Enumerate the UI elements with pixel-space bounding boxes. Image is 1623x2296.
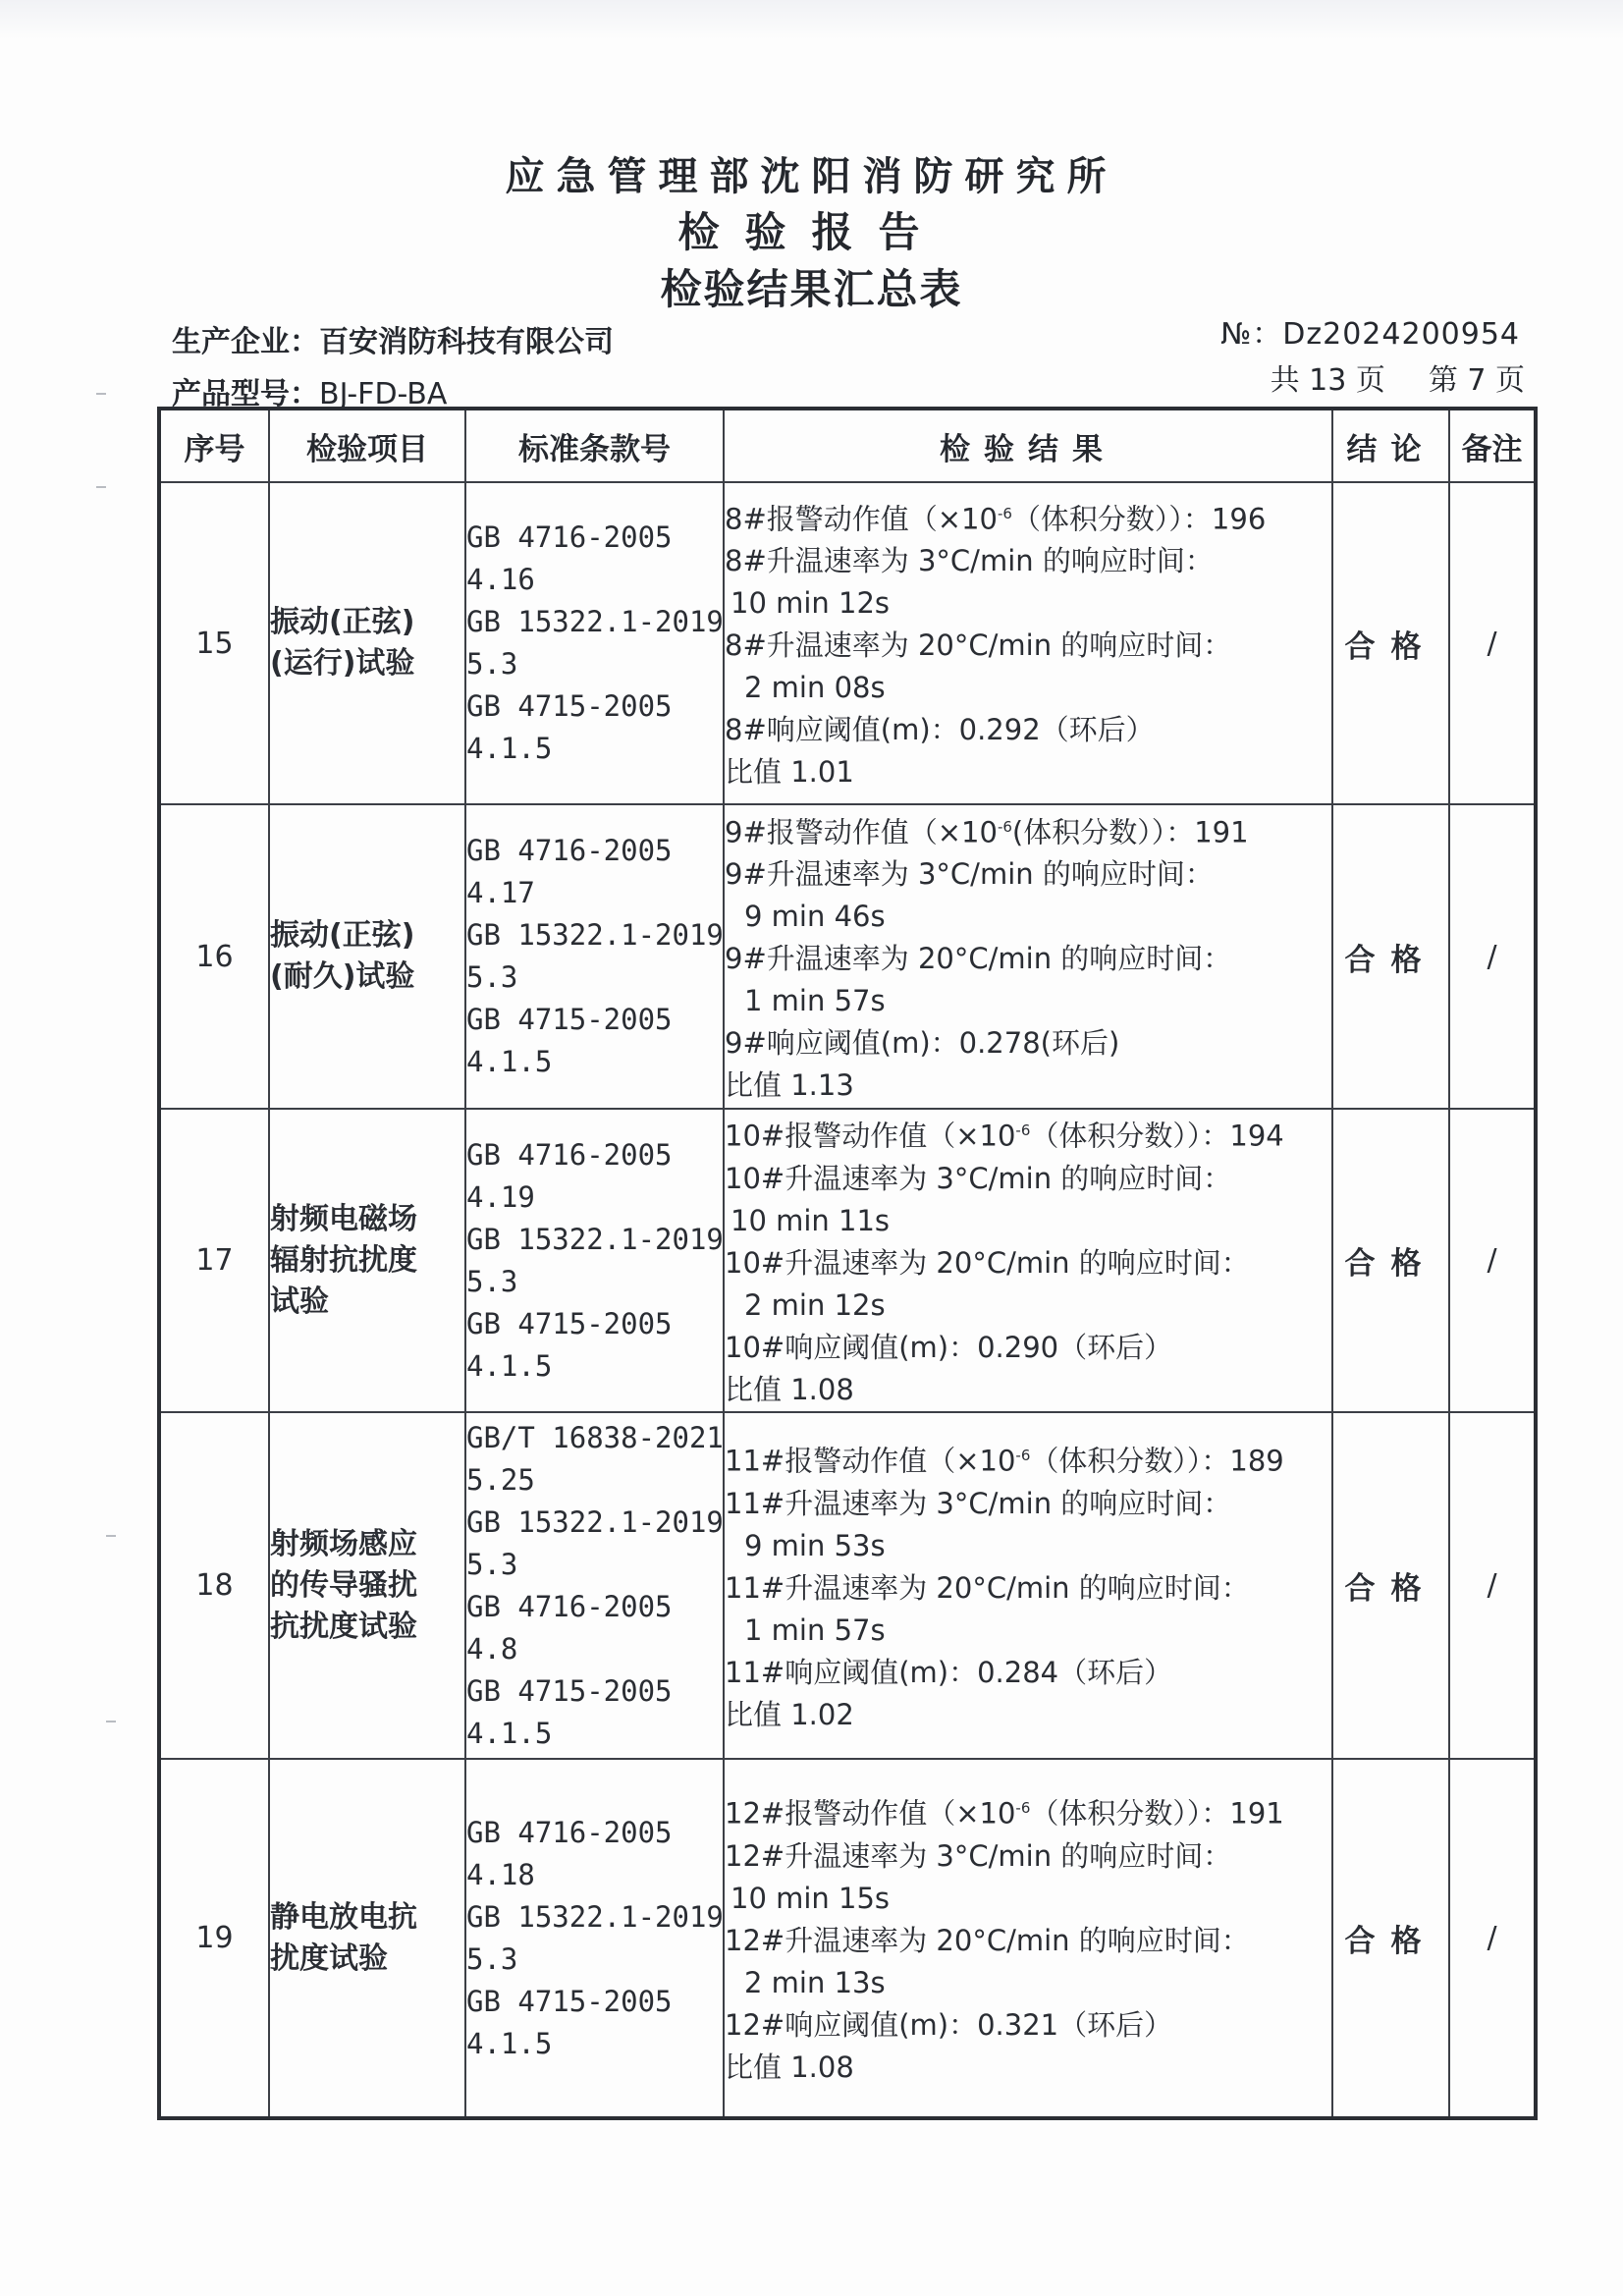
conclusion: 合格 <box>1332 482 1449 804</box>
total-pages: 共 13 页 <box>1271 363 1385 398</box>
results-summary-table: 序号 检验项目 标准条款号 检验结果 结论 备注 15 振动(正弦) (运行)试… <box>157 407 1538 2120</box>
scan-mark <box>106 1535 116 1537</box>
table-row: 16 振动(正弦) (耐久)试验 GB 4716-2005 4.17 GB 15… <box>159 804 1536 1109</box>
threshold-value: 9#响应阈值(m)：0.278(环后) <box>725 1022 1331 1065</box>
alarm-value: 9#报警动作值（×10-6(体积分数））：191 <box>725 806 1331 854</box>
test-results: 9#报警动作值（×10-6(体积分数））：191 9#升温速率为 3°C/min… <box>724 804 1332 1109</box>
ratio-value: 比值 1.02 <box>725 1694 1331 1736</box>
report-no-label: №： <box>1220 317 1282 352</box>
remark: / <box>1449 1759 1536 2118</box>
rate20-label: 10#升温速率为 20°C/min 的响应时间： <box>725 1242 1331 1285</box>
table-row: 19 静电放电抗 扰度试验 GB 4716-2005 4.18 GB 15322… <box>159 1759 1536 2118</box>
rate3-label: 12#升温速率为 3°C/min 的响应时间： <box>725 1835 1331 1878</box>
remark: / <box>1449 1109 1536 1412</box>
scan-mark <box>96 393 106 395</box>
alarm-value: 11#报警动作值（×10-6（体积分数））：189 <box>725 1435 1331 1483</box>
rate20-label: 12#升温速率为 20°C/min 的响应时间： <box>725 1920 1331 1962</box>
table-row: 15 振动(正弦) (运行)试验 GB 4716-2005 4.16 GB 15… <box>159 482 1536 804</box>
column-header-standard: 标准条款号 <box>465 409 724 482</box>
row-number: 18 <box>159 1412 269 1759</box>
rate20-value: 1 min 57s <box>725 980 1331 1022</box>
page-indicator: 共 13 页第 7 页 <box>1267 355 1525 399</box>
rate3-value: 10 min 11s <box>725 1200 1331 1242</box>
scan-edge <box>0 0 1623 39</box>
conclusion: 合格 <box>1332 804 1449 1109</box>
ratio-value: 比值 1.08 <box>725 1369 1331 1411</box>
report-no-value: Dz2024200954 <box>1282 317 1520 352</box>
test-results: 12#报警动作值（×10-6（体积分数））：191 12#升温速率为 3°C/m… <box>724 1759 1332 2118</box>
row-number: 17 <box>159 1109 269 1412</box>
ratio-value: 比值 1.08 <box>725 2047 1331 2089</box>
threshold-value: 8#响应阈值(m)：0.292（环后） <box>725 709 1331 751</box>
threshold-value: 11#响应阈值(m)：0.284（环后） <box>725 1652 1331 1694</box>
rate3-value: 9 min 53s <box>725 1525 1331 1567</box>
test-results: 10#报警动作值（×10-6（体积分数））：194 10#升温速率为 3°C/m… <box>724 1109 1332 1412</box>
table-row: 17 射频电磁场 辐射抗扰度 试验 GB 4716-2005 4.19 GB 1… <box>159 1109 1536 1412</box>
rate20-label: 8#升温速率为 20°C/min 的响应时间： <box>725 625 1331 667</box>
column-header-no: 序号 <box>159 409 269 482</box>
table-title: 检验结果汇总表 <box>0 257 1623 316</box>
conclusion: 合格 <box>1332 1412 1449 1759</box>
threshold-value: 12#响应阈值(m)：0.321（环后） <box>725 2004 1331 2047</box>
test-results: 8#报警动作值（×10-6（体积分数））：196 8#升温速率为 3°C/min… <box>724 482 1332 804</box>
rate3-label: 11#升温速率为 3°C/min 的响应时间： <box>725 1483 1331 1525</box>
standard-clauses: GB 4716-2005 4.16 GB 15322.1-2019 5.3 GB… <box>465 482 724 804</box>
manufacturer-value: 百安消防科技有限公司 <box>319 325 614 359</box>
ratio-value: 比值 1.13 <box>725 1065 1331 1107</box>
rate20-value: 2 min 12s <box>725 1285 1331 1327</box>
rate3-label: 8#升温速率为 3°C/min 的响应时间： <box>725 540 1331 582</box>
row-number: 15 <box>159 482 269 804</box>
rate3-value: 10 min 12s <box>725 582 1331 625</box>
institution-name: 应急管理部沈阳消防研究所 <box>0 145 1623 201</box>
row-number: 16 <box>159 804 269 1109</box>
table-row: 18 射频场感应 的传导骚扰 抗扰度试验 GB/T 16838-2021 5.2… <box>159 1412 1536 1759</box>
column-header-remark: 备注 <box>1449 409 1536 482</box>
column-header-conclusion: 结论 <box>1332 409 1449 482</box>
test-item: 射频电磁场 辐射抗扰度 试验 <box>269 1109 465 1412</box>
test-item: 振动(正弦) (耐久)试验 <box>269 804 465 1109</box>
scan-mark <box>96 486 106 488</box>
column-header-result: 检验结果 <box>724 409 1332 482</box>
alarm-value: 10#报警动作值（×10-6（体积分数））：194 <box>725 1110 1331 1158</box>
manufacturer-line: 生产企业：百安消防科技有限公司 <box>172 317 614 360</box>
report-number: №：Dz2024200954 <box>1220 309 1520 353</box>
table-header-row: 序号 检验项目 标准条款号 检验结果 结论 备注 <box>159 409 1536 482</box>
scan-mark <box>106 1721 116 1722</box>
report-title: 检验报告 <box>0 200 1623 259</box>
rate3-value: 9 min 46s <box>725 896 1331 938</box>
column-header-item: 检验项目 <box>269 409 465 482</box>
test-item: 射频场感应 的传导骚扰 抗扰度试验 <box>269 1412 465 1759</box>
rate3-label: 9#升温速率为 3°C/min 的响应时间： <box>725 853 1331 896</box>
remark: / <box>1449 804 1536 1109</box>
ratio-value: 比值 1.01 <box>725 751 1331 793</box>
current-page: 第 7 页 <box>1429 363 1525 398</box>
rate20-value: 2 min 13s <box>725 1962 1331 2004</box>
alarm-value: 12#报警动作值（×10-6（体积分数））：191 <box>725 1787 1331 1835</box>
remark: / <box>1449 482 1536 804</box>
test-results: 11#报警动作值（×10-6（体积分数））：189 11#升温速率为 3°C/m… <box>724 1412 1332 1759</box>
rate20-label: 11#升温速率为 20°C/min 的响应时间： <box>725 1567 1331 1610</box>
standard-clauses: GB/T 16838-2021 5.25 GB 15322.1-2019 5.3… <box>465 1412 724 1759</box>
row-number: 19 <box>159 1759 269 2118</box>
threshold-value: 10#响应阈值(m)：0.290（环后） <box>725 1327 1331 1369</box>
test-item: 振动(正弦) (运行)试验 <box>269 482 465 804</box>
test-item: 静电放电抗 扰度试验 <box>269 1759 465 2118</box>
alarm-value: 8#报警动作值（×10-6（体积分数））：196 <box>725 493 1331 541</box>
conclusion: 合格 <box>1332 1759 1449 2118</box>
conclusion: 合格 <box>1332 1109 1449 1412</box>
manufacturer-label: 生产企业： <box>172 325 319 359</box>
rate20-label: 9#升温速率为 20°C/min 的响应时间： <box>725 938 1331 980</box>
standard-clauses: GB 4716-2005 4.17 GB 15322.1-2019 5.3 GB… <box>465 804 724 1109</box>
standard-clauses: GB 4716-2005 4.18 GB 15322.1-2019 5.3 GB… <box>465 1759 724 2118</box>
rate20-value: 2 min 08s <box>725 667 1331 709</box>
standard-clauses: GB 4716-2005 4.19 GB 15322.1-2019 5.3 GB… <box>465 1109 724 1412</box>
rate3-label: 10#升温速率为 3°C/min 的响应时间： <box>725 1158 1331 1200</box>
remark: / <box>1449 1412 1536 1759</box>
rate3-value: 10 min 15s <box>725 1878 1331 1920</box>
rate20-value: 1 min 57s <box>725 1610 1331 1652</box>
